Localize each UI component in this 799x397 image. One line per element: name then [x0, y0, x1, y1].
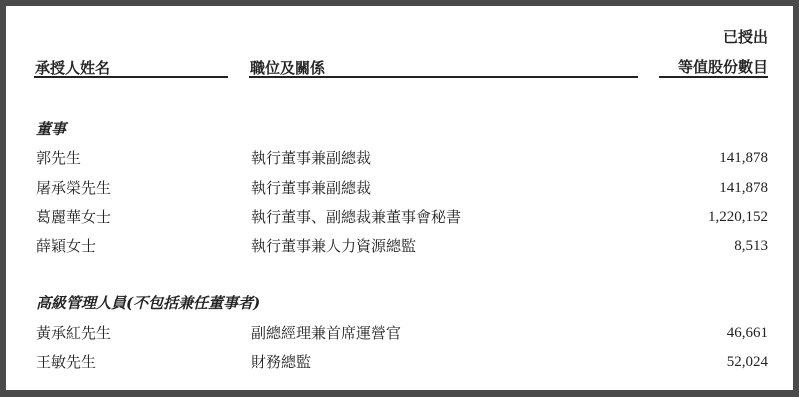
row-name: 王敏先生 [36, 353, 96, 371]
row-shares: 46,661 [727, 324, 768, 342]
row-shares: 8,513 [734, 237, 768, 255]
row-shares: 1,220,152 [708, 208, 768, 226]
row-position: 副總經理兼首席運營官 [251, 324, 401, 342]
header-rule-name [34, 76, 228, 78]
row-position: 執行董事、副總裁兼董事會秘書 [251, 208, 461, 226]
row-name: 黃承紅先生 [36, 324, 111, 342]
header-shares-line2: 等值股份數目 [678, 59, 768, 77]
header-shares-line1: 已授出 [723, 29, 768, 47]
row-name: 郭先生 [36, 149, 81, 167]
header-rule-shares [659, 76, 768, 78]
row-position: 執行董事兼副總裁 [251, 149, 371, 167]
row-shares: 52,024 [727, 353, 768, 371]
document-page: 承授人姓名 職位及關係 已授出 等值股份數目 董事 郭先生 執行董事兼副總裁 1… [6, 6, 793, 390]
row-position: 執行董事兼人力資源總監 [251, 237, 416, 255]
row-position: 財務總監 [251, 353, 311, 371]
row-shares: 141,878 [719, 149, 768, 167]
header-position: 職位及關係 [250, 59, 325, 77]
row-name: 薛穎女士 [36, 237, 96, 255]
row-name: 葛麗華女士 [36, 208, 111, 226]
section-title-directors: 董事 [36, 120, 66, 138]
header-rule-position [249, 76, 638, 78]
row-shares: 141,878 [719, 179, 768, 197]
section-title-senior-management: 高級管理人員(不包括兼任董事者) [36, 294, 260, 312]
row-position: 執行董事兼副總裁 [251, 179, 371, 197]
header-grantee-name: 承授人姓名 [35, 59, 110, 77]
row-name: 屠承榮先生 [36, 179, 111, 197]
